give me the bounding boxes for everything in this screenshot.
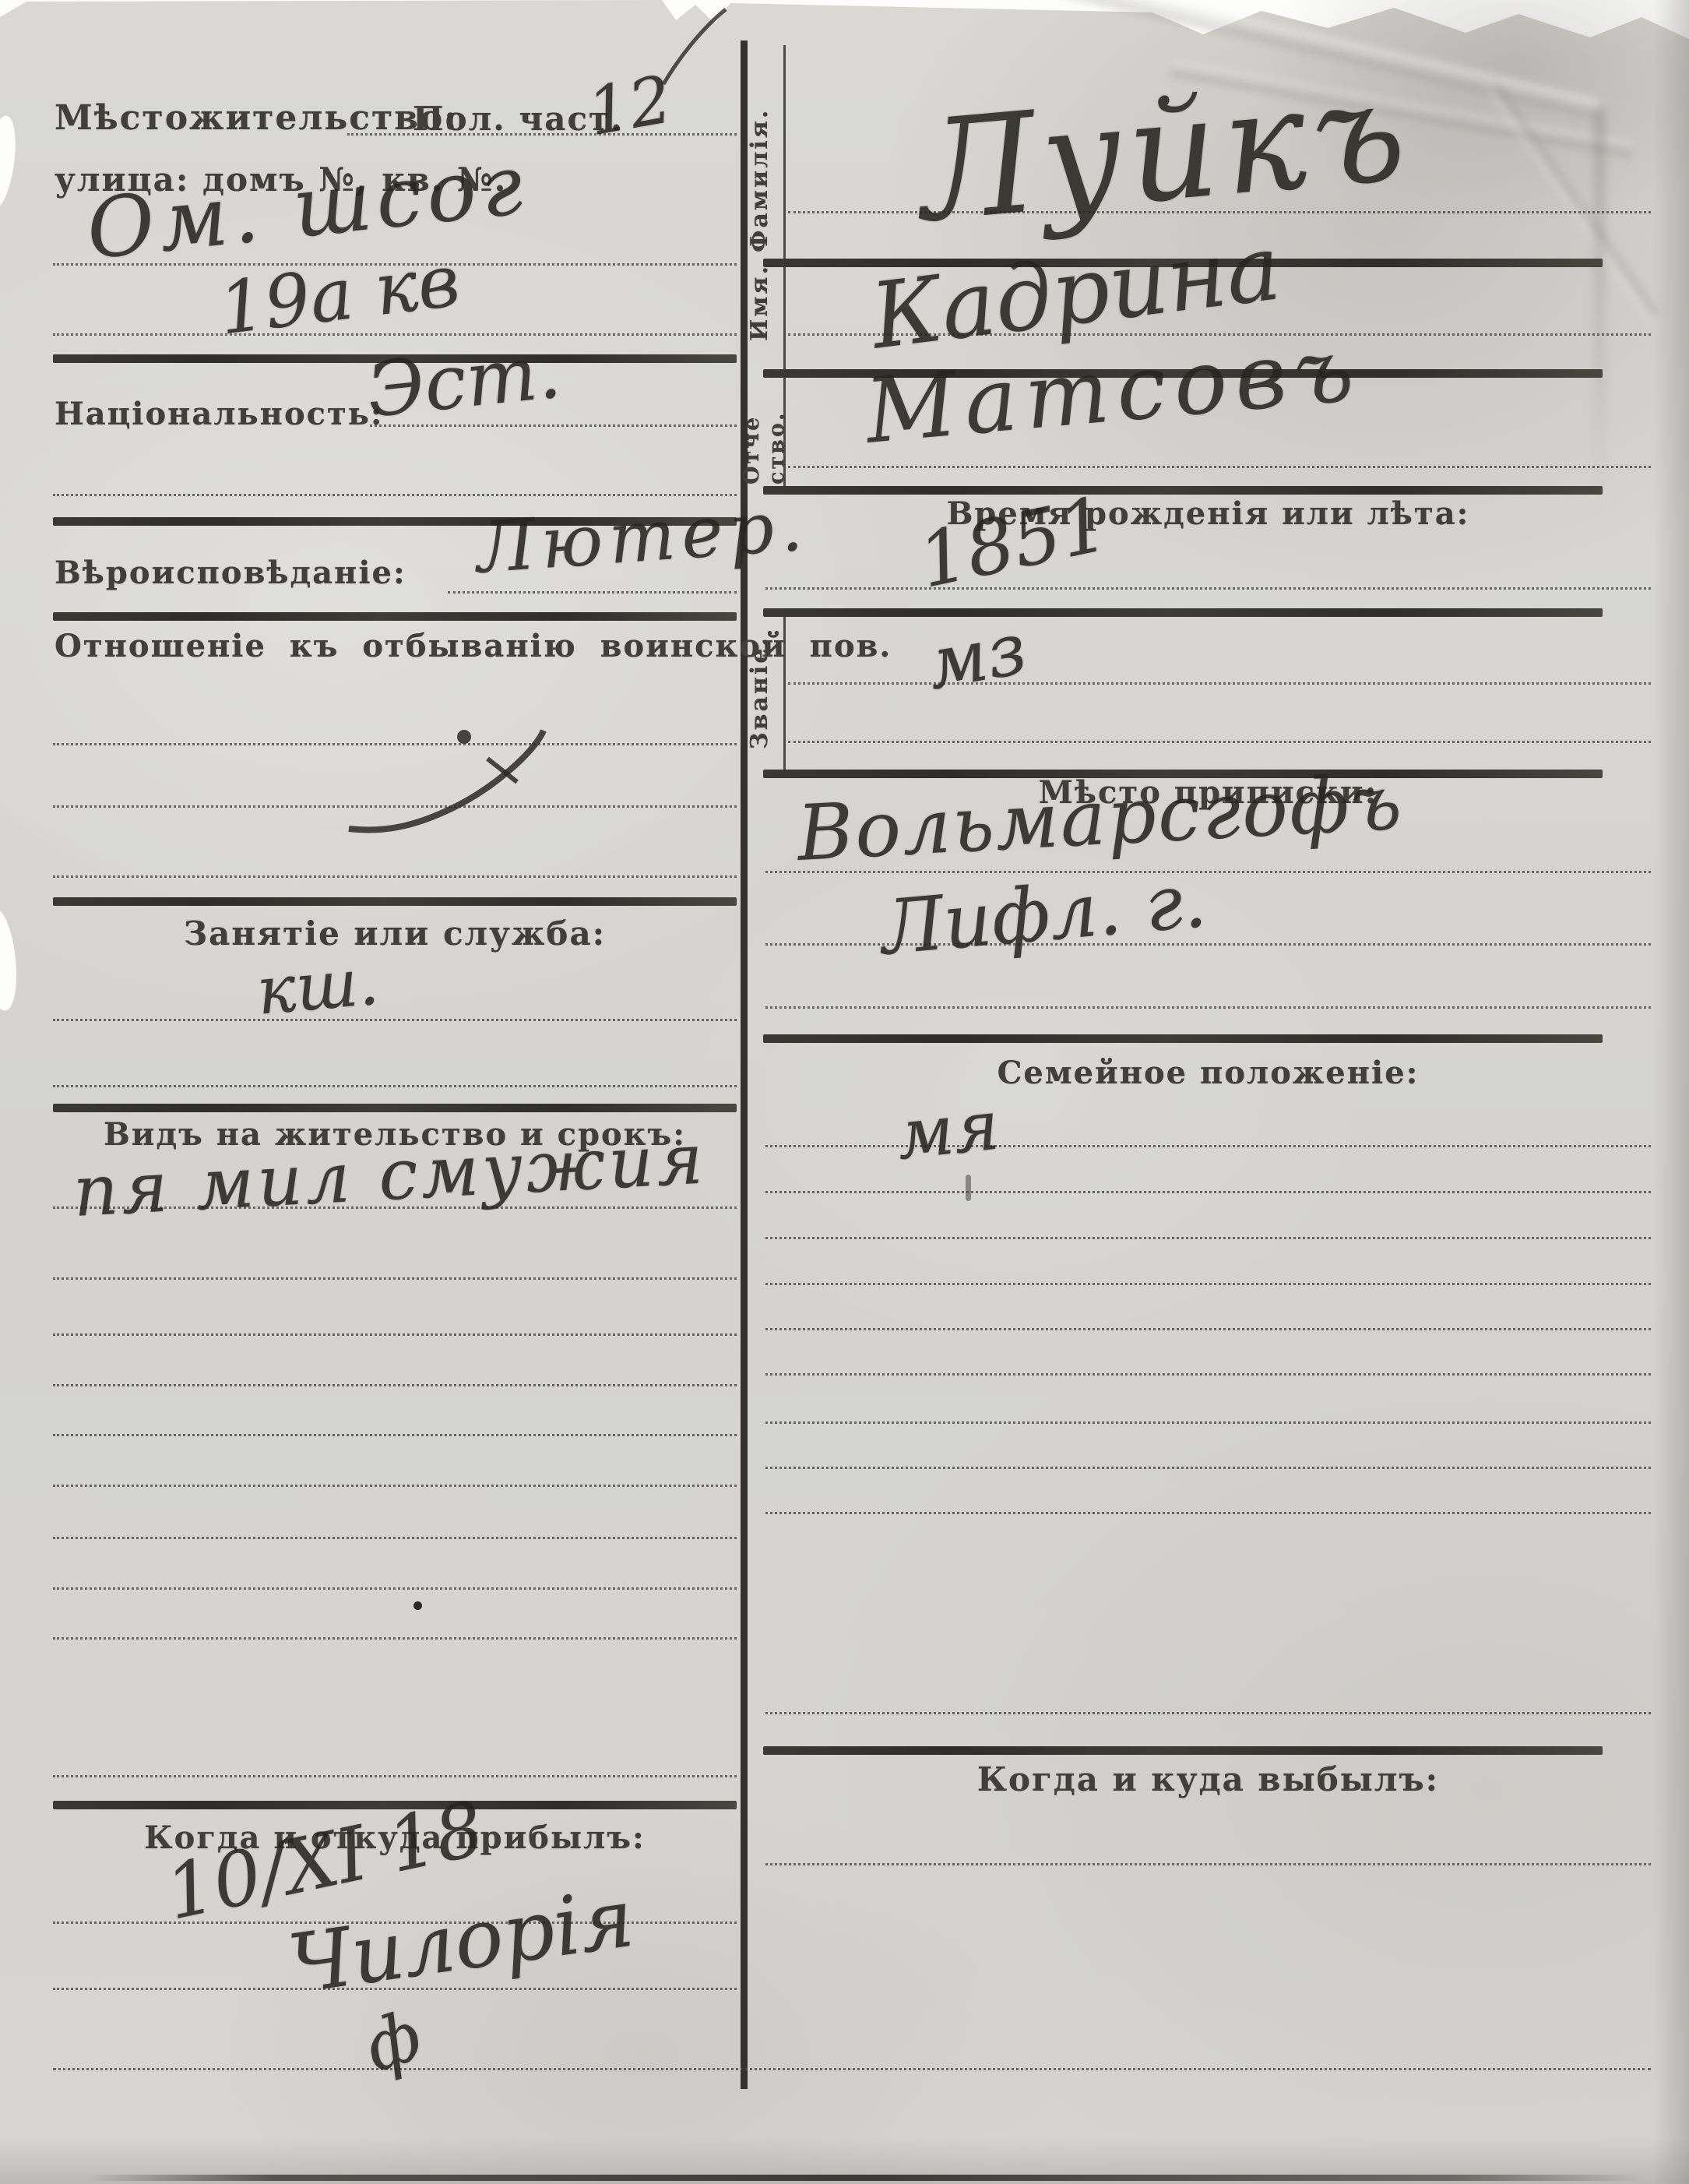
surname-label: Фамилія. bbox=[746, 103, 773, 252]
occupation-value-handwriting: кш. bbox=[254, 943, 382, 1030]
departure-label: Когда и куда выбылъ: bbox=[765, 1760, 1651, 1798]
ruled-line bbox=[765, 1467, 1651, 1469]
ruled-line bbox=[765, 1328, 1651, 1330]
family-status-label: Семейное положеніе: bbox=[765, 1055, 1651, 1091]
ruled-line bbox=[765, 1006, 1651, 1009]
ruled-line bbox=[53, 1019, 737, 1021]
ruled-line bbox=[765, 1237, 1651, 1239]
ruled-line bbox=[788, 682, 1651, 685]
ruled-line bbox=[53, 494, 737, 496]
nationality-label: Національность: bbox=[55, 396, 384, 432]
ruled-line bbox=[53, 1637, 737, 1640]
ruled-line bbox=[53, 1485, 737, 1487]
rank-label: Званіе. bbox=[746, 632, 773, 749]
military-mark-pen-stroke bbox=[335, 724, 568, 845]
rank-value-handwriting: мз bbox=[921, 607, 1033, 706]
ruled-line bbox=[765, 1191, 1651, 1193]
ruled-line bbox=[53, 1775, 737, 1777]
ruled-line bbox=[53, 1537, 737, 1539]
family-status-value-handwriting: мя bbox=[893, 1085, 1003, 1175]
section-divider-bar bbox=[53, 612, 737, 621]
ruled-line bbox=[765, 1283, 1651, 1285]
religion-label: Вѣроисповѣданіе: bbox=[55, 555, 406, 591]
ruled-line bbox=[53, 1277, 737, 1280]
ruled-line bbox=[53, 1434, 737, 1436]
first-name-label: Имя. bbox=[746, 274, 773, 341]
ruled-line bbox=[765, 1373, 1651, 1376]
pen-tail-stroke bbox=[646, 5, 740, 90]
ruled-line bbox=[53, 2068, 1651, 2070]
ruled-line bbox=[765, 1712, 1651, 1714]
ruled-line bbox=[765, 587, 1651, 590]
ruled-line bbox=[53, 875, 737, 878]
ink-smudge bbox=[966, 1175, 971, 1201]
patronymic-label: ство. bbox=[765, 383, 789, 484]
ruled-line bbox=[788, 741, 1651, 743]
ruled-line bbox=[765, 1863, 1651, 1865]
ruled-line bbox=[765, 1512, 1651, 1514]
occupation-label: Занятіе или служба: bbox=[53, 914, 737, 953]
ruled-line bbox=[53, 1384, 737, 1386]
ruled-line bbox=[788, 466, 1651, 468]
section-divider-bar bbox=[763, 608, 1603, 617]
section-divider-bar bbox=[763, 1746, 1603, 1755]
ink-blot bbox=[413, 1601, 422, 1610]
ruled-line bbox=[765, 1421, 1651, 1424]
residence-label: Мѣстожительство: bbox=[55, 98, 458, 138]
patronymic-label: Отче bbox=[740, 383, 764, 484]
section-divider-bar bbox=[763, 1034, 1603, 1043]
column-divider-rule bbox=[741, 41, 748, 2089]
scanned-registration-card: Мѣстожительство: Пол. част. улица: домъ … bbox=[0, 0, 1689, 2184]
ruled-line bbox=[53, 333, 737, 336]
ruled-line bbox=[53, 1333, 737, 1336]
ruled-line bbox=[448, 591, 737, 594]
section-divider-bar bbox=[53, 1104, 737, 1112]
ruled-line bbox=[53, 1085, 737, 1087]
birth-label: Время рожденія или лѣта: bbox=[765, 495, 1651, 532]
ruled-line bbox=[53, 1587, 737, 1590]
section-divider-bar bbox=[53, 897, 737, 906]
section-divider-bar bbox=[763, 486, 1603, 495]
